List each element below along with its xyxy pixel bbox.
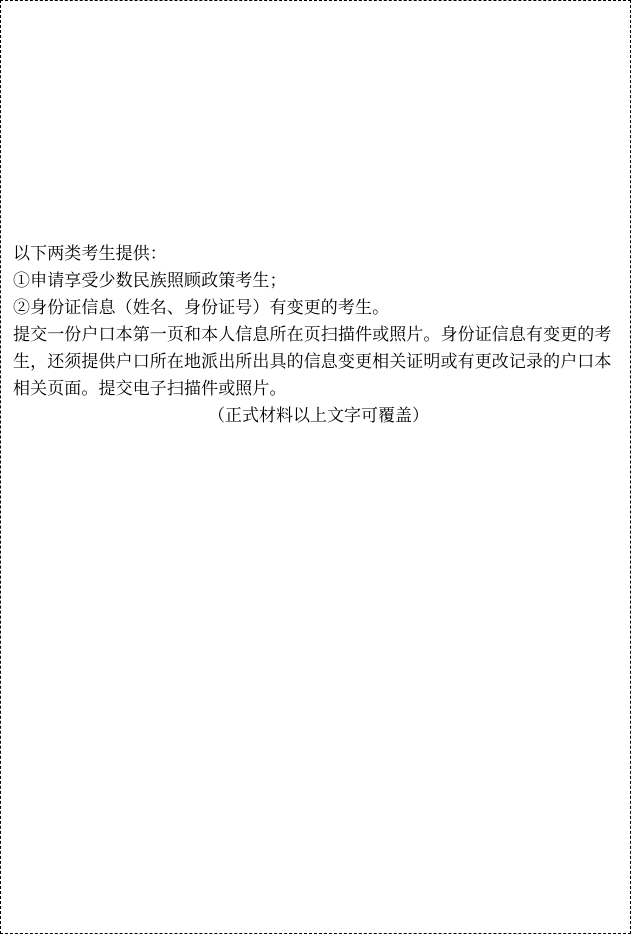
notice-body-line-1: 提交一份户口本第一页和本人信息所在页扫描件或照片。身份证信息有变更的考 bbox=[13, 321, 624, 348]
notice-body-line-3: 相关页面。提交电子扫描件或照片。 bbox=[13, 375, 624, 402]
notice-body-line-2: 生，还须提供户口所在地派出所出具的信息变更相关证明或有更改记录的户口本 bbox=[13, 348, 624, 375]
page-cell-border bbox=[0, 0, 631, 934]
notice-item-1: ①申请享受少数民族照顾政策考生； bbox=[13, 267, 624, 294]
notice-cover-note: （正式材料以上文字可覆盖） bbox=[13, 402, 624, 429]
notice-text-block: 以下两类考生提供： ①申请享受少数民族照顾政策考生； ②身份证信息（姓名、身份证… bbox=[13, 240, 624, 429]
document-page: { "notice": { "lines": [ "以下两类考生提供：", "①… bbox=[0, 0, 636, 939]
notice-intro-line: 以下两类考生提供： bbox=[13, 240, 624, 267]
notice-item-2: ②身份证信息（姓名、身份证号）有变更的考生。 bbox=[13, 294, 624, 321]
